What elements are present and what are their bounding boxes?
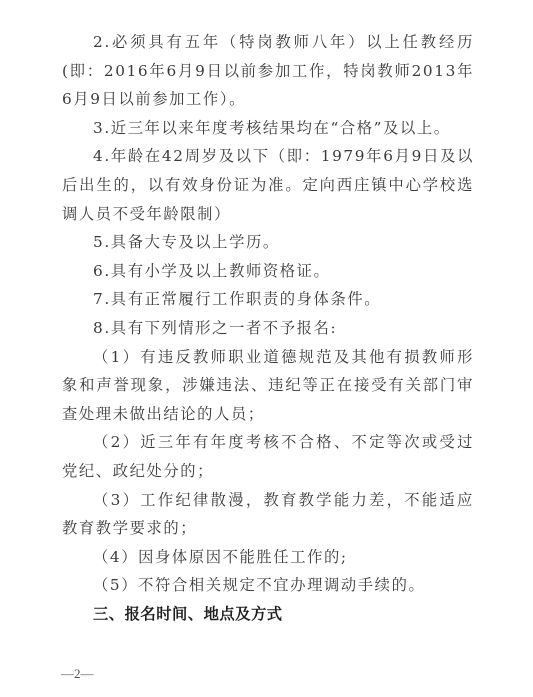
requirement-4: 4.年龄在42周岁及以下（即：1979年6月9日及以后出生的，以有效身份证为准。… (62, 142, 474, 228)
exclusion-4: （4）因身体原因不能胜任工作的; (62, 543, 474, 572)
requirement-7: 7.具有正常履行工作职责的身体条件。 (62, 285, 474, 314)
page-number: —2— (61, 666, 94, 682)
requirement-3: 3.近三年以来年度考核结果均在“合格”及以上。 (62, 114, 474, 143)
exclusion-2: （2）近三年有年度考核不合格、不定等次或受过党纪、政纪处分的； (62, 428, 474, 485)
document-body: 2.必须具有五年（特岗教师八年）以上任教经历(即：2016年6月9日以前参加工作… (62, 28, 474, 628)
exclusion-5: （5）不符合相关规定不宜办理调动手续的。 (62, 571, 474, 600)
document-page: 2.必须具有五年（特岗教师八年）以上任教经历(即：2016年6月9日以前参加工作… (0, 0, 533, 697)
requirement-2: 2.必须具有五年（特岗教师八年）以上任教经历(即：2016年6月9日以前参加工作… (62, 28, 474, 114)
exclusion-3: （3）工作纪律散漫，教育教学能力差，不能适应教育教学要求的； (62, 486, 474, 543)
requirement-8: 8.具有下列情形之一者不予报名: (62, 314, 474, 343)
exclusion-1: （1）有违反教师职业道德规范及其他有损教师形象和声誉现象，涉嫌违法、违纪等正在接… (62, 343, 474, 429)
requirement-5: 5.具备大专及以上学历。 (62, 228, 474, 257)
requirement-6: 6.具有小学及以上教师资格证。 (62, 257, 474, 286)
section-heading: 三、报名时间、地点及方式 (62, 600, 474, 629)
